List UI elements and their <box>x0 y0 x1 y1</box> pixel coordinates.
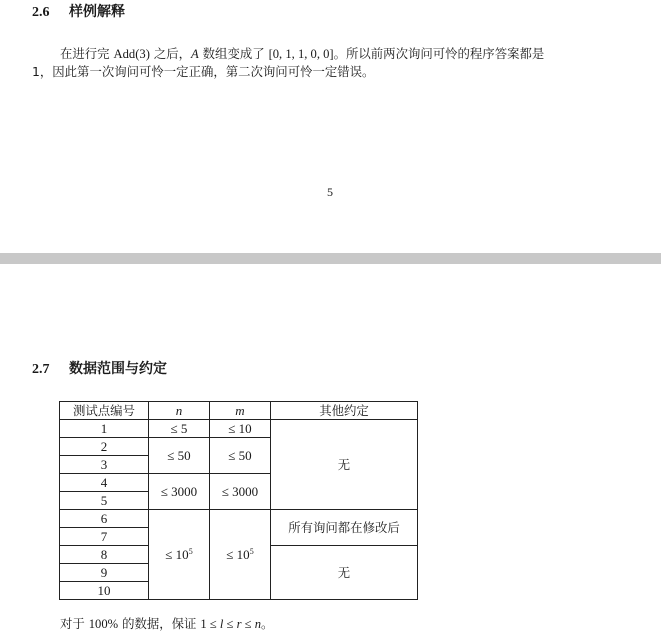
text: 数组变成了 <box>199 46 269 61</box>
table-row: 6 ≤ 105 ≤ 105 所有询问都在修改后 <box>60 510 418 528</box>
cell-other: 所有询问都在修改后 <box>271 510 418 546</box>
cell-id: 2 <box>60 438 149 456</box>
cell-n: ≤ 3000 <box>149 474 210 510</box>
n-base: ≤ 10 <box>165 547 188 562</box>
cell-id: 6 <box>60 510 149 528</box>
section-number: 2.7 <box>32 361 69 379</box>
text: 。所以前两次询问可怜的程序答案都是 <box>334 46 545 61</box>
cell-m: ≤ 3000 <box>210 474 271 510</box>
cell-m: ≤ 10 <box>210 420 271 438</box>
header-other: 其他约定 <box>271 402 418 420</box>
footnote-constraint: 对于 100% 的数据，保证 1 ≤ l ≤ r ≤ n。 <box>60 615 273 633</box>
data-range-table: 测试点编号 n m 其他约定 1 ≤ 5 ≤ 10 无 2 ≤ 50 ≤ 50 … <box>59 401 418 600</box>
math: ≤ <box>223 617 236 631</box>
cell-m: ≤ 105 <box>210 510 271 600</box>
section-title: 数据范围与约定 <box>69 361 167 377</box>
cell-n: ≤ 105 <box>149 510 210 600</box>
cell-id: 10 <box>60 582 149 600</box>
array-value: [0, 1, 1, 0, 0] <box>269 47 334 61</box>
cell-n: ≤ 5 <box>149 420 210 438</box>
section-heading-2-7: 2.7数据范围与约定 <box>32 360 167 379</box>
cell-id: 7 <box>60 528 149 546</box>
page-separator <box>0 253 661 264</box>
table-header-row: 测试点编号 n m 其他约定 <box>60 402 418 420</box>
cell-id: 4 <box>60 474 149 492</box>
cell-other: 无 <box>271 420 418 510</box>
paragraph-line-2: 1，因此第一次询问可怜一定正确，第二次询问可怜一定错误。 <box>32 63 374 81</box>
header-testcase-id: 测试点编号 <box>60 402 149 420</box>
m-exponent: 5 <box>250 547 254 556</box>
math: 1 ≤ <box>200 617 220 631</box>
header-n: n <box>149 402 210 420</box>
cell-id: 9 <box>60 564 149 582</box>
function-call: Add(3) <box>114 47 150 61</box>
text: 对于 <box>60 616 89 631</box>
cell-id: 3 <box>60 456 149 474</box>
text: 。 <box>261 616 273 631</box>
cell-m: ≤ 50 <box>210 438 271 474</box>
math-var: A <box>191 47 199 61</box>
table-row: 1 ≤ 5 ≤ 10 无 <box>60 420 418 438</box>
cell-id: 8 <box>60 546 149 564</box>
percent: 100% <box>89 617 118 631</box>
text: 的数据，保证 <box>118 616 200 631</box>
cell-other: 无 <box>271 546 418 600</box>
text: 1，因此第一次询问可怜一定正确，第二次询问可怜一定错误。 <box>32 64 374 79</box>
section-heading-2-6: 2.6样例解释 <box>32 3 125 22</box>
text: 之后， <box>150 46 191 61</box>
m-base: ≤ 10 <box>226 547 249 562</box>
cell-id: 1 <box>60 420 149 438</box>
section-number: 2.6 <box>32 4 69 22</box>
cell-n: ≤ 50 <box>149 438 210 474</box>
math: ≤ <box>242 617 255 631</box>
paragraph-line-1: 在进行完 Add(3) 之后，A 数组变成了 [0, 1, 1, 0, 0]。所… <box>60 45 544 63</box>
cell-id: 5 <box>60 492 149 510</box>
header-m: m <box>210 402 271 420</box>
page-number: 5 <box>327 185 333 200</box>
text: 在进行完 <box>60 46 114 61</box>
n-exponent: 5 <box>189 547 193 556</box>
section-title: 样例解释 <box>69 4 125 20</box>
